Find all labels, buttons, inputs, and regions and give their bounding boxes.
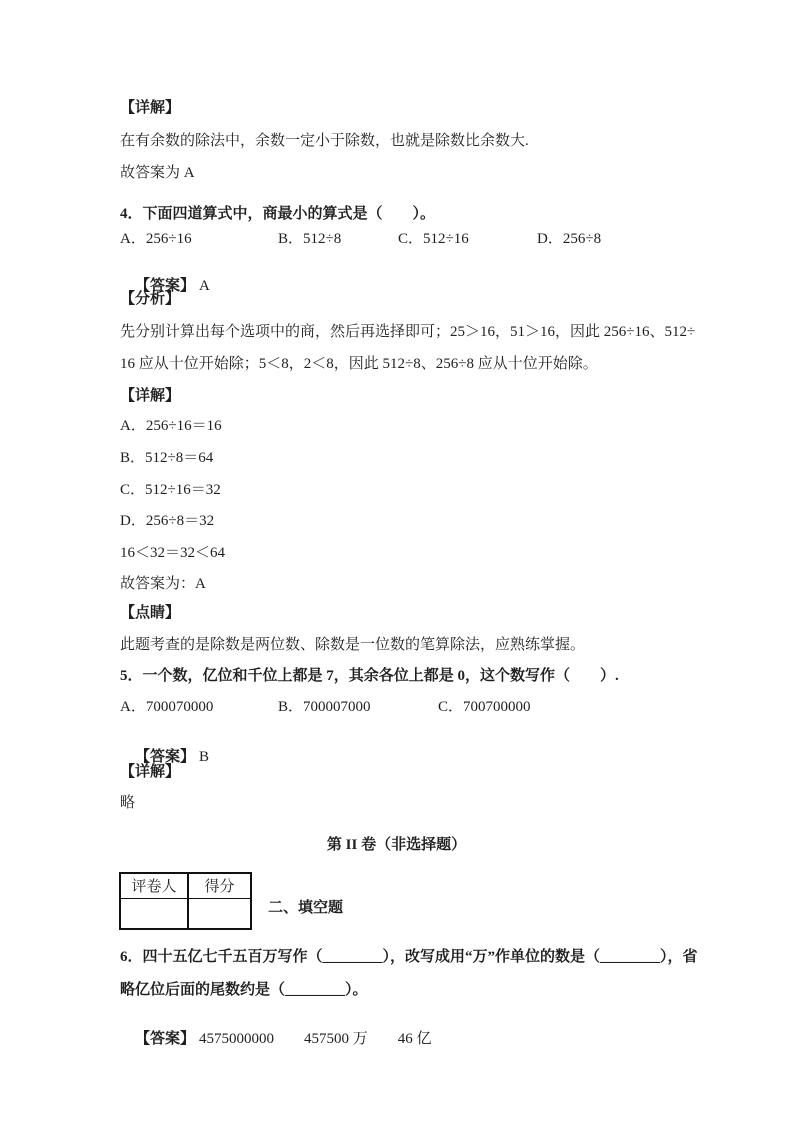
- q5-detail-label: 【详解】: [120, 764, 180, 781]
- q4-work-a: A．256÷16＝16: [120, 418, 222, 435]
- q4-work-d: D．256÷8＝32: [120, 513, 214, 530]
- q4-option-b: B．512÷8: [278, 231, 341, 248]
- grader-table-score-empty-cell: [188, 898, 251, 929]
- q4-note-body: 此题考查的是除数是两位数、除数是一位数的笔算除法，应熟练掌握。: [120, 637, 585, 654]
- q6-answer-label: 【答案】: [135, 1031, 195, 1047]
- section2-title: 第 II 卷（非选择题）: [0, 837, 793, 854]
- q5-option-c: C．700700000: [438, 699, 531, 716]
- section2-heading: 二、填空题: [268, 900, 343, 917]
- grader-score-table: 评卷人 得分: [119, 872, 252, 930]
- q4-compare: 16＜32＝32＜64: [120, 545, 225, 562]
- q6-answer-value-1: 4575000000: [199, 1031, 274, 1047]
- q6-answer-value-3: 46 亿: [398, 1031, 432, 1047]
- q6-stem-line2: 略亿位后面的尾数约是（________）。: [120, 982, 368, 999]
- q5-stem: 5．一个数，亿位和千位上都是 7，其余各位上都是 0，这个数写作（ ）.: [120, 668, 619, 685]
- q4-analysis-line2: 16 应从十位开始除；5＜8，2＜8，因此 512÷8、256÷8 应从十位开始…: [120, 356, 598, 373]
- q4-work-b: B．512÷8＝64: [120, 450, 213, 467]
- exam-document-page: 【详解】 在有余数的除法中，余数一定小于除数，也就是除数比余数大. 故答案为 A…: [0, 0, 793, 1122]
- q4-answer-value: A: [199, 278, 210, 294]
- q4-note-label: 【点睛】: [120, 605, 180, 622]
- grader-table-header-score: 得分: [188, 873, 251, 898]
- q4-conclusion: 故答案为：A: [120, 576, 206, 593]
- q6-stem-line1: 6．四十五亿七千五百万写作（________），改写成用“万”作单位的数是（__…: [120, 949, 698, 966]
- q5-detail-body: 略: [120, 795, 135, 812]
- q4-option-d: D．256÷8: [537, 231, 601, 248]
- q4-work-c: C．512÷16＝32: [120, 482, 221, 499]
- q5-answer-value: B: [199, 749, 209, 765]
- q4-stem: 4．下面四道算式中，商最小的算式是（ ）。: [120, 206, 435, 223]
- q3-conclusion: 故答案为 A: [120, 165, 195, 182]
- q4-option-c: C．512÷16: [398, 231, 469, 248]
- q5-options-row: A．700070000 B．700007000 C．700700000: [120, 699, 673, 716]
- q5-option-a: A．700070000: [120, 699, 213, 716]
- grader-table-header-reviewer: 评卷人: [120, 873, 188, 898]
- q4-detail-label: 【详解】: [120, 388, 180, 405]
- q4-analysis-label: 【分析】: [120, 291, 180, 308]
- q3-detail-body: 在有余数的除法中，余数一定小于除数，也就是除数比余数大.: [120, 133, 529, 150]
- q4-options-row: A．256÷16 B．512÷8 C．512÷16 D．256÷8: [120, 231, 673, 248]
- q6-answer-line: 【答案】4575000000457500 万46 亿: [120, 1014, 432, 1065]
- q5-answer-label: 【答案】: [135, 749, 195, 765]
- q4-analysis-line1: 先分别计算出每个选项中的商，然后再选择即可；25＞16，51＞16，因此 256…: [120, 324, 695, 341]
- q4-option-a: A．256÷16: [120, 231, 192, 248]
- grader-table-reviewer-empty-cell: [120, 898, 188, 929]
- q3-detail-label: 【详解】: [120, 100, 180, 117]
- q6-answer-value-2: 457500 万: [304, 1031, 368, 1047]
- q5-option-b: B．700007000: [278, 699, 371, 716]
